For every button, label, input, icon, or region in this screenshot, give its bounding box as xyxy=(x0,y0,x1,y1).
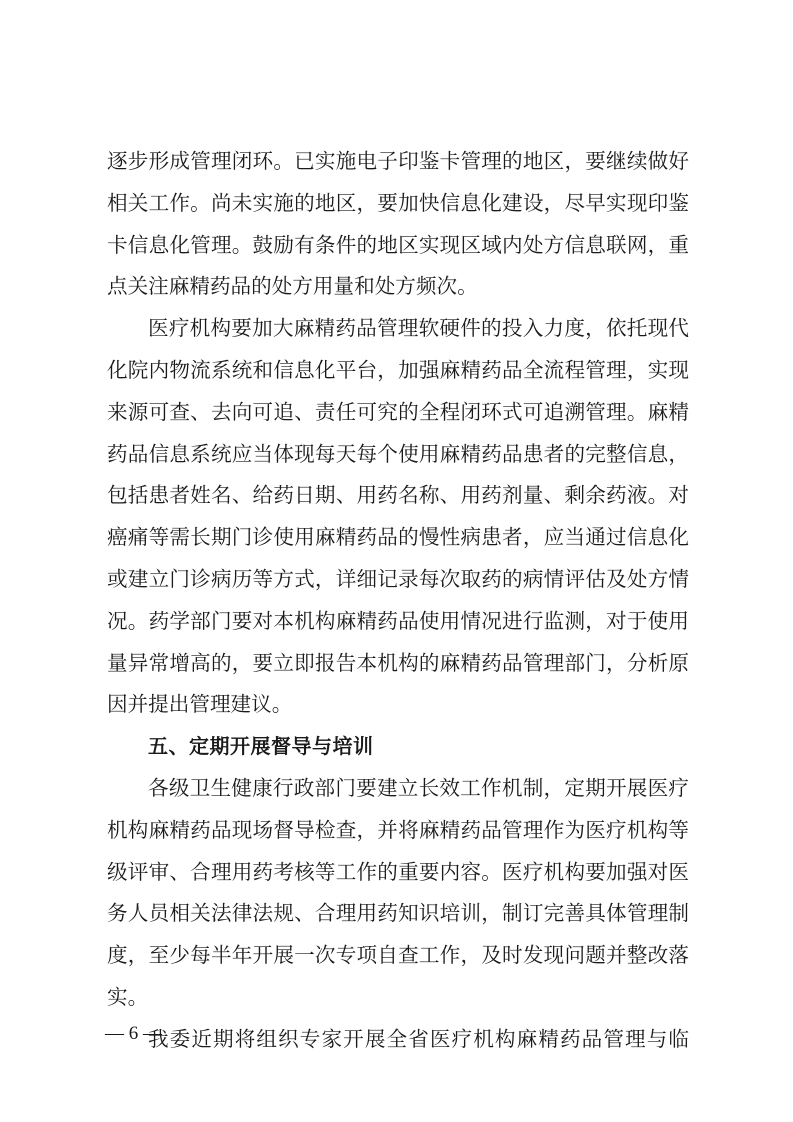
text-line: 医疗机构要加大麻精药品管理软硬件的投入力度，依托现代 xyxy=(107,308,689,350)
text-line: 况。药学部门要对本机构麻精药品使用情况进行监测，对于使用 xyxy=(107,601,689,643)
text-line: 化院内物流系统和信息化平台，加强麻精药品全流程管理，实现 xyxy=(107,350,689,392)
page-number: — 6 — xyxy=(105,1022,162,1046)
document-body: 逐步形成管理闭环。已实施电子印鉴卡管理的地区，要继续做好 相关工作。尚未实施的地… xyxy=(107,141,689,1061)
text-line: 度，至少每半年开展一次专项自查工作，及时发现问题并整改落 xyxy=(107,935,689,977)
text-line: 或建立门诊病历等方式，详细记录每次取药的病情评估及处方情 xyxy=(107,559,689,601)
text-line: 实。 xyxy=(107,977,689,1019)
text-line: 量异常增高的，要立即报告本机构的麻精药品管理部门，分析原 xyxy=(107,643,689,685)
document-page: 逐步形成管理闭环。已实施电子印鉴卡管理的地区，要继续做好 相关工作。尚未实施的地… xyxy=(0,0,793,1122)
text-line: 因并提出管理建议。 xyxy=(107,684,689,726)
text-line: 来源可查、去向可追、责任可究的全程闭环式可追溯管理。麻精 xyxy=(107,392,689,434)
text-line: 机构麻精药品现场督导检查，并将麻精药品管理作为医疗机构等 xyxy=(107,810,689,852)
text-line: 各级卫生健康行政部门要建立长效工作机制，定期开展医疗 xyxy=(107,768,689,810)
text-line: 级评审、合理用药考核等工作的重要内容。医疗机构要加强对医 xyxy=(107,852,689,894)
text-line: 逐步形成管理闭环。已实施电子印鉴卡管理的地区，要继续做好 xyxy=(107,141,689,183)
text-line: 我委近期将组织专家开展全省医疗机构麻精药品管理与临 xyxy=(107,1019,689,1061)
text-line: 癌痛等需长期门诊使用麻精药品的慢性病患者，应当通过信息化 xyxy=(107,517,689,559)
text-line: 务人员相关法律法规、合理用药知识培训，制订完善具体管理制 xyxy=(107,893,689,935)
text-line: 相关工作。尚未实施的地区，要加快信息化建设，尽早实现印鉴 xyxy=(107,183,689,225)
text-line: 药品信息系统应当体现每天每个使用麻精药品患者的完整信息， xyxy=(107,434,689,476)
text-line: 卡信息化管理。鼓励有条件的地区实现区域内处方信息联网，重 xyxy=(107,225,689,267)
text-line: 包括患者姓名、给药日期、用药名称、用药剂量、剩余药液。对 xyxy=(107,475,689,517)
section-heading: 五、定期开展督导与培训 xyxy=(107,726,689,768)
text-line: 点关注麻精药品的处方用量和处方频次。 xyxy=(107,266,689,308)
